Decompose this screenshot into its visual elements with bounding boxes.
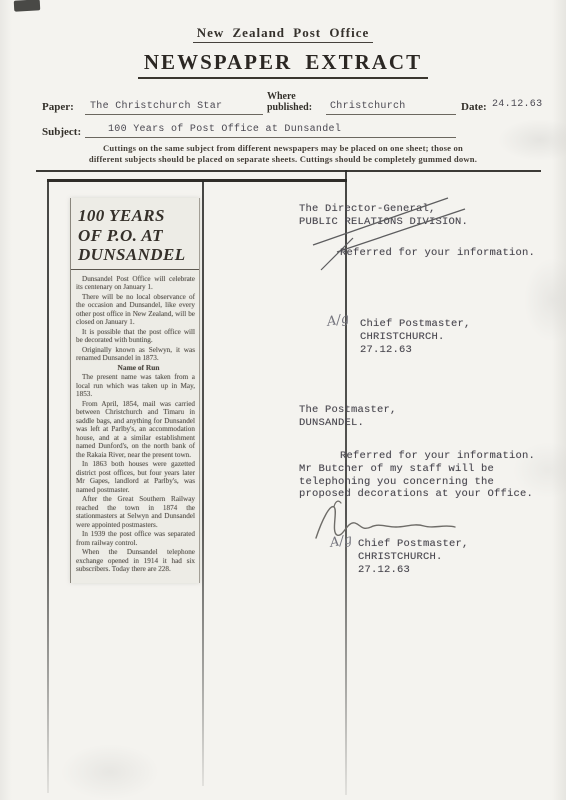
- memo-stamp2: Chief Postmaster, CHRISTCHURCH. 27.12.63: [358, 538, 469, 577]
- instructions-line2: different subjects should be placed on s…: [0, 154, 566, 165]
- stamp1-place: CHRISTCHURCH.: [360, 331, 471, 344]
- subject-value: 100 Years of Post Office at Dunsandel: [108, 124, 341, 135]
- paper-value: The Christchurch Star: [90, 101, 222, 112]
- horizontal-divider: [36, 170, 541, 172]
- headline-line3: DUNSANDEL: [78, 245, 195, 265]
- organisation-name: New Zealand Post Office: [193, 25, 374, 43]
- box-top-border: [47, 179, 347, 182]
- middle-vertical-rule: [202, 181, 204, 786]
- clipping-paragraph: From April, 1854, mail was carried betwe…: [76, 400, 195, 460]
- left-vertical-rule: [47, 181, 49, 793]
- headline-line1: 100 YEARS: [78, 206, 195, 226]
- subject-underline: [85, 137, 456, 138]
- strikethrough-pen-marks: [295, 188, 480, 278]
- paper-underline: [85, 114, 263, 115]
- instructions-note: Cuttings on the same subject from differ…: [0, 143, 566, 165]
- date-value: 24.12.63: [492, 99, 542, 110]
- clipping-paragraph: When the Dunsandel telephone exchange op…: [76, 548, 195, 574]
- instructions-line1: Cuttings on the same subject from differ…: [0, 143, 566, 154]
- date-label: Date:: [461, 101, 487, 113]
- newspaper-clipping: 100 YEARS OF P.O. AT DUNSANDEL Dunsandel…: [70, 198, 200, 583]
- memo-note1: Referred for your information.: [340, 247, 535, 260]
- memo-stamp1: Chief Postmaster, CHRISTCHURCH. 27.12.63: [360, 318, 471, 357]
- stamp1-title: Chief Postmaster,: [360, 318, 471, 331]
- stamp2-place: CHRISTCHURCH.: [358, 551, 469, 564]
- clipping-paragraph: After the Great Southern Railway reached…: [76, 495, 195, 529]
- clipping-paragraph: It is possible that the post office will…: [76, 328, 195, 345]
- clipping-body: Dunsandel Post Office will celebrate its…: [71, 270, 199, 583]
- note2-line3: telephoning you concerning the: [299, 476, 535, 489]
- clipping-paragraph: In 1863 both houses were gazetted distri…: [76, 460, 195, 494]
- stamp1-date: 27.12.63: [360, 344, 471, 357]
- memo-note2: Referred for your information. Mr Butche…: [299, 450, 535, 501]
- addressee2-line1: The Postmaster,: [299, 404, 397, 417]
- clipping-paragraph: Originally known as Selwyn, it was renam…: [76, 346, 195, 363]
- form-title-text: NEWSPAPER EXTRACT: [138, 50, 428, 79]
- handwritten-acting-initials: A/g: [329, 532, 353, 551]
- clipping-paragraph: Dunsandel Post Office will celebrate its…: [76, 275, 195, 292]
- clipping-headline: 100 YEARS OF P.O. AT DUNSANDEL: [71, 198, 199, 270]
- note2-line2: Mr Butcher of my staff will be: [299, 463, 535, 476]
- clipping-subhead: Name of Run: [76, 364, 195, 373]
- form-organisation: New Zealand Post Office: [0, 24, 566, 43]
- where-published-label: Where published:: [267, 91, 312, 113]
- where-label-line2: published:: [267, 102, 312, 113]
- where-underline: [326, 114, 456, 115]
- clipping-paragraph: There will be no local observance of the…: [76, 293, 195, 327]
- scan-smudge: [14, 0, 41, 12]
- form-title: NEWSPAPER EXTRACT: [0, 50, 566, 79]
- headline-line2: OF P.O. AT: [78, 226, 195, 246]
- clipping-paragraph: In 1939 the post office was separated fr…: [76, 530, 195, 547]
- stamp2-title: Chief Postmaster,: [358, 538, 469, 551]
- where-label-line1: Where: [267, 91, 312, 102]
- stamp2-date: 27.12.63: [358, 564, 469, 577]
- paper-label: Paper:: [42, 101, 74, 113]
- subject-label: Subject:: [42, 126, 81, 138]
- addressee2-line2: DUNSANDEL.: [299, 417, 397, 430]
- memo-addressee-postmaster: The Postmaster, DUNSANDEL.: [299, 404, 397, 430]
- note2-line1: Referred for your information.: [299, 450, 535, 463]
- where-published-value: Christchurch: [330, 101, 406, 112]
- clipping-paragraph: The present name was taken from a local …: [76, 373, 195, 399]
